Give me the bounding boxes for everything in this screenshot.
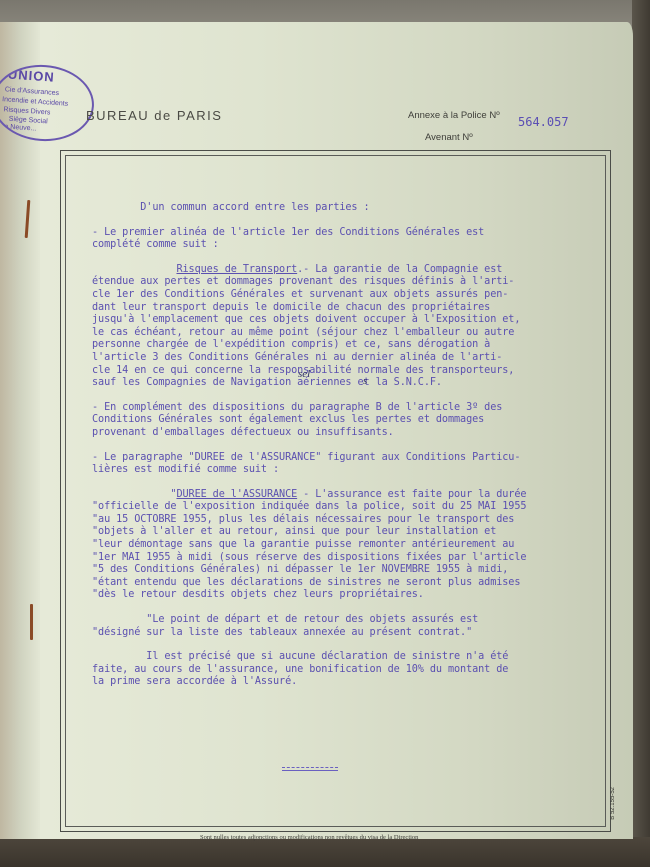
para2-line: cle 1er des Conditions Générales et surv…: [92, 289, 572, 302]
risques-transport-heading: Risques de Transport: [176, 264, 297, 275]
bureau-label: BUREAU de PARIS: [86, 108, 222, 123]
annexe-label: Annexe à la Police Nº: [408, 110, 500, 121]
para5-first-line: "DUREE de l'ASSURANCE - L'assurance est …: [92, 489, 572, 502]
document-body: D'un commun accord entre les parties : -…: [92, 202, 572, 689]
para2-line: l'article 3 des Conditions Générales ni …: [92, 352, 572, 365]
para2-line: .- La garantie de la Compagnie est: [297, 264, 502, 275]
handwritten-annotation: sel: [298, 368, 310, 380]
para1-line: - Le premier alinéa de l'article 1er des…: [92, 227, 572, 240]
para2-line: le cas échéant, retour au même point (sé…: [92, 327, 572, 340]
para4-line: - Le paragraphe "DUREE de l'ASSURANCE" f…: [92, 452, 572, 465]
para7-line: la prime sera accordée à l'Assuré.: [92, 676, 572, 689]
para5-line: "dès le retour desdits objets chez leurs…: [92, 589, 572, 602]
para6-line: "désigné sur la liste des tableaux annex…: [92, 627, 572, 640]
para2-line: jusqu'à l'emplacement que ces objets doi…: [92, 314, 572, 327]
para7-line: Il est précisé que si aucune déclaration…: [92, 651, 572, 664]
staple-bottom: [30, 604, 33, 640]
background-right: [632, 0, 650, 867]
para5-line: "étant entendu que les déclarations de s…: [92, 577, 572, 590]
para5-line: "officielle de l'exposition indiquée dan…: [92, 501, 572, 514]
intro-line: D'un commun accord entre les parties :: [92, 202, 572, 215]
para2-first-line: Risques de Transport.- La garantie de la…: [92, 264, 572, 277]
para1-line: complété comme suit :: [92, 239, 572, 252]
para5-line: "5 des Conditions Générales) ni dépasser…: [92, 564, 572, 577]
duree-assurance-heading: DUREE de l'ASSURANCE: [176, 489, 297, 500]
avenant-label: Avenant Nº: [425, 132, 473, 143]
para2-line: étendue aux pertes et dommages provenant…: [92, 276, 572, 289]
para6-line: "Le point de départ et de retour des obj…: [92, 614, 572, 627]
handwritten-annotation-s: s: [363, 375, 367, 387]
para4-line: lières est modifié comme suit :: [92, 464, 572, 477]
company-stamp: UNION Cie d'Assurances Incendie et Accid…: [0, 62, 97, 145]
background-bottom: [0, 837, 650, 867]
stamp-line: Cie d'Assurances: [5, 86, 60, 97]
end-dash-mark: [282, 767, 338, 771]
para3-line: provenant d'emballages défectueux ou ins…: [92, 427, 572, 440]
para2-line: cle 14 en ce qui concerne la responsabil…: [92, 365, 572, 378]
footer-note: Sont nulles toutes adjonctions ou modifi…: [200, 834, 418, 841]
para2-line: personne chargée de l'expédition compris…: [92, 339, 572, 352]
para3-line: - En complément des dispositions du para…: [92, 402, 572, 415]
para5-line: "au 15 OCTOBRE 1955, plus les délais néc…: [92, 514, 572, 527]
page-fold: [0, 22, 40, 839]
document-page: UNION Cie d'Assurances Incendie et Accid…: [0, 22, 633, 839]
para7-line: faite, au cours de l'assurance, une boni…: [92, 664, 572, 677]
side-reference: B 52.155-52: [610, 787, 616, 820]
para5-line: "1er MAI 1955 à midi (sous réserve des d…: [92, 552, 572, 565]
policy-number: 564.057: [518, 115, 569, 129]
para2-line: sauf les Compagnies de Navigation aérien…: [92, 377, 572, 390]
stamp-title: UNION: [7, 67, 55, 85]
para5-line: "objets à l'aller et au retour, ainsi qu…: [92, 526, 572, 539]
para5-line: "leur démontage sans que la garantie pui…: [92, 539, 572, 552]
para2-line: dant leur transport depuis le domicile d…: [92, 302, 572, 315]
para5-line: - L'assurance est faite pour la durée: [297, 489, 526, 500]
para3-line: Conditions Générales sont également excl…: [92, 414, 572, 427]
